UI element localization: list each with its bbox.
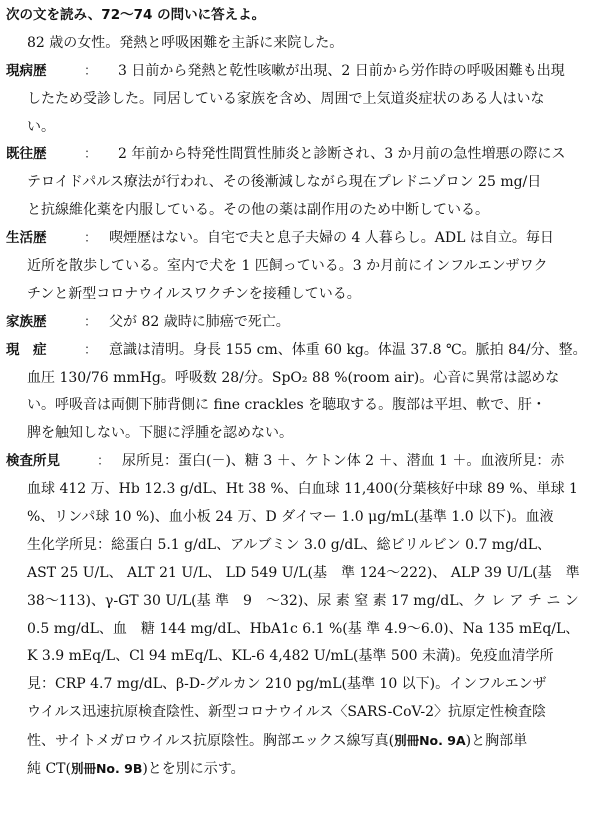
question-instruction: 次の文を読み、72〜74 の問いに答えよ。 [0, 2, 589, 30]
section-label: 現 症 [6, 337, 47, 365]
section-lab-findings: 検査所見 ： 尿所見：蛋白(－)、糖 3 ＋、ケトン体 2 ＋、潜血 1 ＋。血… [0, 448, 589, 476]
case-intro: 82 歳の女性。発熱と呼吸困難を主訴に来院した。 [0, 30, 589, 58]
section-text: 生化学所見：総蛋白 5.1 g/dL、アルブミン 3.0 g/dL、総ビリルビン… [0, 532, 589, 560]
section-text: 父が 82 歳時に肺癌で死亡。 [109, 309, 290, 337]
section-text: K 3.9 mEq/L、Cl 94 mEq/L、KL-6 4,482 U/mL(… [0, 643, 589, 671]
section-text: 38〜113)、γ-GT 30 U/L(基 準 9 〜32)、尿 素 窒 素 1… [0, 588, 589, 616]
section-text: 0.5 mg/dL、血 糖 144 mg/dL、HbA1c 6.1 %(基 準 … [0, 616, 589, 644]
section-text: 見：CRP 4.7 mg/dL、β-D-グルカン 210 pg/mL(基準 10… [0, 671, 589, 699]
section-physical-findings: 現 症 ： 意識は清明。身長 155 cm、体重 60 kg。体温 37.8 ℃… [0, 337, 589, 365]
section-text: 血圧 130/76 mmHg。呼吸数 28/分。SpO₂ 88 %(room a… [0, 365, 589, 393]
section-text: と抗線維化薬を内服している。その他の薬は副作用のため中断している。 [0, 197, 589, 225]
section-text: 脾を触知しない。下腿に浮腫を認めない。 [0, 420, 589, 448]
section-text: い。 [0, 114, 589, 142]
section-label: 家族歴 [6, 309, 47, 337]
section-past-history: 既往歴 ： 2 年前から特発性間質性肺炎と診断され、3 か月前の急性増悪の際にス [0, 141, 589, 169]
section-text: 2 年前から特発性間質性肺炎と診断され、3 か月前の急性増悪の際にス [118, 141, 566, 169]
section-label: 現病歴 [6, 58, 47, 86]
section-text: 近所を散歩している。室内で犬を 1 匹飼っている。3 か月前にインフルエンザワク [0, 253, 589, 281]
figure-reference-9b: 別冊No. 9B [71, 761, 142, 776]
section-text: ウイルス迅速抗原検査陰性、新型コロナウイルス〈SARS-CoV-2〉抗原定性検査… [0, 699, 589, 727]
question-document: 次の文を読み、72〜74 の問いに答えよ。 82 歳の女性。発熱と呼吸困難を主訴… [0, 2, 589, 783]
section-label: 生活歴 [6, 225, 47, 253]
section-text: 3 日前から発熱と乾性咳嗽が出現、2 日前から労作時の呼吸困難も出現 [118, 58, 565, 86]
section-label: 既往歴 [6, 141, 47, 169]
section-text: %、リンパ球 10 %)、血小板 24 万、D ダイマー 1.0 μg/mL(基… [0, 504, 589, 532]
colon: ： [97, 448, 110, 476]
text: )と胸部単 [466, 733, 527, 749]
text: 純 CT( [27, 761, 71, 777]
section-text-figure-a: 性、サイトメガロウイルス抗原陰性。胸部エックス線写真(別冊No. 9A)と胸部単 [0, 727, 589, 755]
colon: ： [84, 337, 97, 365]
section-text: したため受診した。同居している家族を含め、周囲で上気道炎症状のある人はいな [0, 86, 589, 114]
figure-reference-9a: 別冊No. 9A [394, 733, 466, 748]
section-text: 尿所見：蛋白(－)、糖 3 ＋、ケトン体 2 ＋、潜血 1 ＋。血液所見：赤 [122, 448, 564, 476]
section-social-history: 生活歴 ： 喫煙歴はない。自宅で夫と息子夫婦の 4 人暮らし。ADL は自立。毎… [0, 225, 589, 253]
section-family-history: 家族歴 ： 父が 82 歳時に肺癌で死亡。 [0, 309, 589, 337]
section-text-figure-b: 純 CT(別冊No. 9B)とを別に示す。 [0, 755, 589, 783]
colon: ： [84, 225, 97, 253]
section-text: チンと新型コロナウイルスワクチンを接種している。 [0, 281, 589, 309]
colon: ： [84, 141, 97, 169]
section-text: AST 25 U/L、 ALT 21 U/L、 LD 549 U/L(基 準 1… [0, 560, 589, 588]
section-text: 意識は清明。身長 155 cm、体重 60 kg。体温 37.8 ℃。脈拍 84… [109, 337, 587, 365]
colon: ： [84, 58, 97, 86]
colon: ： [84, 309, 97, 337]
section-label: 検査所見 [6, 448, 60, 476]
section-text: い。呼吸音は両側下肺背側に fine crackles を聴取する。腹部は平坦、… [0, 392, 589, 420]
text: )とを別に示す。 [142, 761, 244, 777]
section-present-illness: 現病歴 ： 3 日前から発熱と乾性咳嗽が出現、2 日前から労作時の呼吸困難も出現 [0, 58, 589, 86]
section-text: テロイドパルス療法が行われ、その後漸減しながら現在プレドニゾロン 25 mg/日 [0, 169, 589, 197]
section-text: 喫煙歴はない。自宅で夫と息子夫婦の 4 人暮らし。ADL は自立。毎日 [109, 225, 554, 253]
section-text: 血球 412 万、Hb 12.3 g/dL、Ht 38 %、白血球 11,400… [0, 476, 589, 504]
text: 性、サイトメガロウイルス抗原陰性。胸部エックス線写真( [27, 733, 394, 749]
